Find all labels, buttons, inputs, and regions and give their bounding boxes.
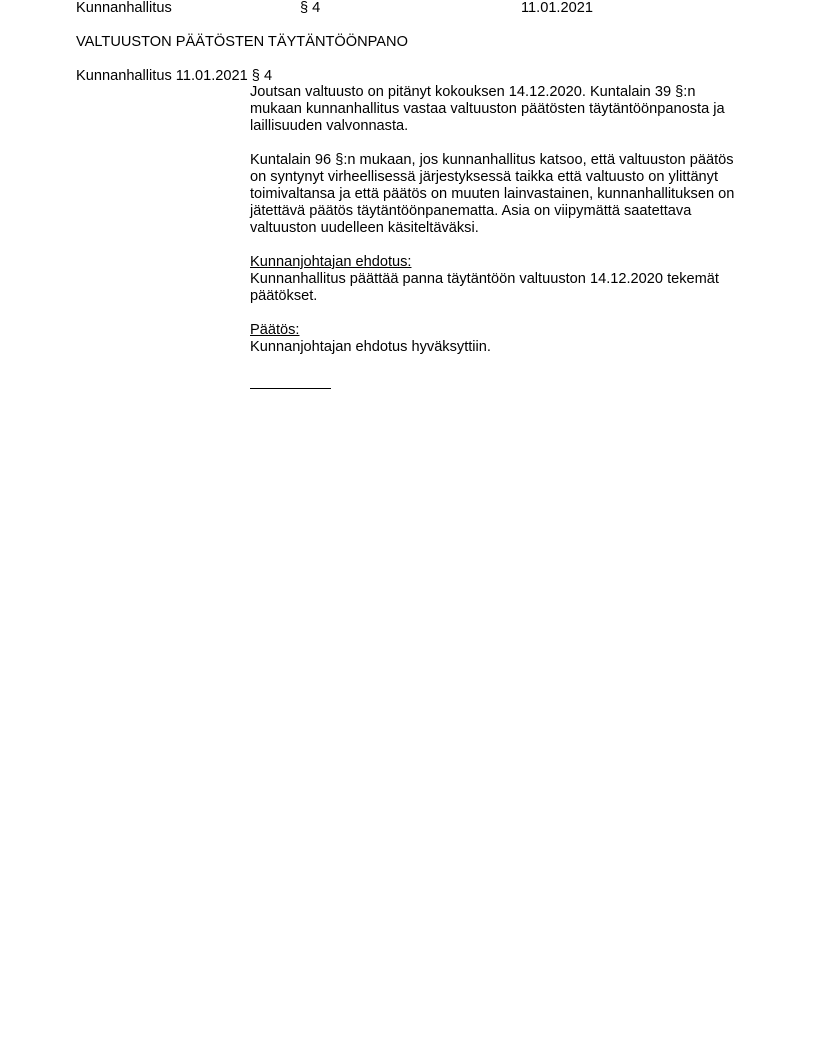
- end-rule-divider: [250, 388, 331, 389]
- header-date: 11.01.2021: [521, 0, 593, 17]
- proposal-line: päätökset.: [250, 288, 750, 305]
- document-title: VALTUUSTON PÄÄTÖSTEN TÄYTÄNTÖÖNPANO: [76, 34, 408, 51]
- paragraph-line: valtuuston uudelleen käsiteltäväksi.: [250, 220, 750, 237]
- proposal-heading: Kunnanjohtajan ehdotus:: [250, 254, 750, 271]
- meeting-reference: Kunnanhallitus 11.01.2021 § 4: [76, 68, 272, 85]
- decision-heading: Päätös:: [250, 322, 750, 339]
- header-section-number: § 4: [300, 0, 320, 17]
- paragraph-line: mukaan kunnanhallitus vastaa valtuuston …: [250, 101, 750, 118]
- paragraph-legal-basis: Kuntalain 96 §:n mukaan, jos kunnanhalli…: [250, 152, 750, 237]
- header-body-name: Kunnanhallitus: [76, 0, 172, 17]
- decision-section: Päätös: Kunnanjohtajan ehdotus hyväksytt…: [250, 322, 750, 356]
- paragraph-line: laillisuuden valvonnasta.: [250, 118, 750, 135]
- paragraph-line: jätettävä päätös täytäntöönpanematta. As…: [250, 203, 750, 220]
- paragraph-line: Joutsan valtuusto on pitänyt kokouksen 1…: [250, 84, 750, 101]
- paragraph-line: Kuntalain 96 §:n mukaan, jos kunnanhalli…: [250, 152, 750, 169]
- proposal-section: Kunnanjohtajan ehdotus: Kunnanhallitus p…: [250, 254, 750, 305]
- paragraph-line: on syntynyt virheellisessä järjestyksess…: [250, 169, 750, 186]
- proposal-line: Kunnanhallitus päättää panna täytäntöön …: [250, 271, 750, 288]
- paragraph-background: Joutsan valtuusto on pitänyt kokouksen 1…: [250, 84, 750, 135]
- decision-text: Kunnanjohtajan ehdotus hyväksyttiin.: [250, 339, 750, 356]
- paragraph-line: toimivaltansa ja että päätös on muuten l…: [250, 186, 750, 203]
